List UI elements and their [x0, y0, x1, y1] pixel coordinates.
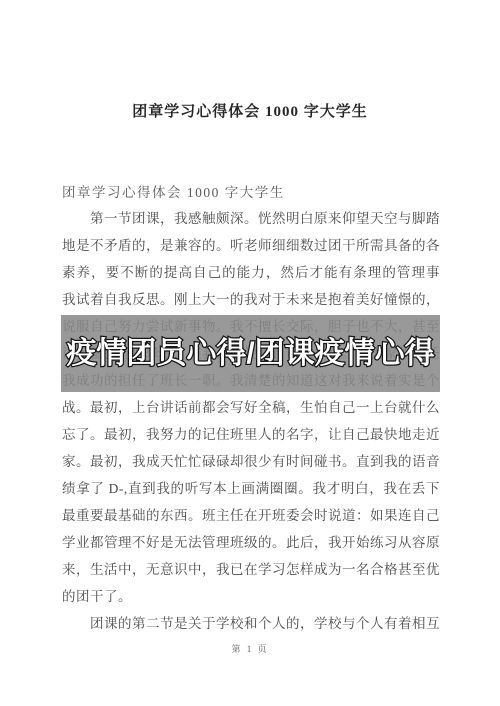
body-line: 我试着自我反思。刚上大一的我对于未来是抱着美好憧憬的，我: [62, 286, 440, 313]
body-line: 来，生活中，无意识中，我已在学习怎样成为一名合格甚至优秀: [62, 556, 440, 583]
body-line: 忘了。最初，我努力的记住班里人的名字，让自己最快地走近大: [62, 421, 440, 448]
body-line: 绩拿了 D-,直到我的听写本上画满圈圈。我才明白，我在丢下了: [62, 475, 440, 502]
document-title: 团章学习心得体会 1000 字大学生: [0, 100, 500, 121]
body-line: 讲台都会有些晕眩，但我依然说服自己试一试。在大家的信任下: [62, 340, 440, 367]
document-subtitle: 团章学习心得体会 1000 字大学生: [62, 181, 285, 201]
body-line: 团课的第二节是关于学校和个人的，学校与个人有着相互影: [62, 610, 440, 637]
body-line: 第一节团课，我感触颇深。恍然明白原来仰望天空与脚踏实: [62, 205, 440, 232]
page-number-footer: 第 1 页: [0, 642, 500, 655]
document-page: 团章学习心得体会 1000 字大学生 团章学习心得体会 1000 字大学生 第一…: [0, 0, 500, 706]
body-line: 最重要最基础的东西。班主任在开班委会时说道：如果连自己的: [62, 502, 440, 529]
body-line: 家。最初，我成天忙忙碌碌却很少有时间碰书。直到我的语音成: [62, 448, 440, 475]
body-line: 素养，要不断的提高自己的能力，然后才能有条理的管理事务。: [62, 259, 440, 286]
body-line: 我成功的担任了班长一职。我清楚的知道这对我来说着实是个挑: [62, 367, 440, 394]
body-line: 的团干了。: [62, 583, 440, 610]
document-body: 第一节团课，我感触颇深。恍然明白原来仰望天空与脚踏实地是不矛盾的，是兼容的。听老…: [62, 205, 440, 637]
body-line: 学业都管理不好是无法管理班级的。此后，我开始练习从容原: [62, 529, 440, 556]
body-line: 说服自己努力尝试新事物。我不擅长交际，胆子也不大，甚至站上: [62, 313, 440, 340]
body-line: 战。最初，上台讲话前都会写好全稿，生怕自己一上台就什么都: [62, 394, 440, 421]
body-line: 地是不矛盾的，是兼容的。听老师细细数过团干所需具备的各种: [62, 232, 440, 259]
